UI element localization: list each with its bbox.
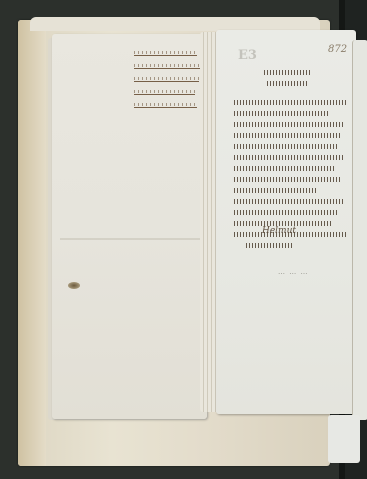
faint-note: … … … <box>278 268 308 276</box>
handwriting-line <box>134 88 195 95</box>
handwriting-line <box>234 100 346 105</box>
folder-top-edge <box>30 17 320 31</box>
folio-number: 872 <box>328 44 347 55</box>
margin-note <box>134 46 200 114</box>
far-right-page <box>352 40 367 420</box>
handwriting-line <box>234 111 328 116</box>
handwriting-line <box>134 62 200 69</box>
handwriting-line <box>234 210 338 215</box>
handwriting-line <box>234 199 343 204</box>
handwriting-line <box>234 188 317 193</box>
archive-stamp: E3 <box>238 48 257 63</box>
signature: Helmut <box>262 226 296 236</box>
handwriting-line <box>246 243 293 248</box>
handwriting-line <box>134 75 199 82</box>
paper-crease <box>60 238 200 240</box>
bottom-paper-tab <box>328 415 360 463</box>
handwriting-line <box>267 81 308 86</box>
handwriting-line <box>234 122 343 127</box>
handwriting-line <box>234 166 335 171</box>
ink-stain <box>68 282 80 289</box>
handwriting-line <box>234 177 340 182</box>
handwriting-line <box>234 144 338 149</box>
handwriting-line <box>264 70 311 75</box>
handwriting-line <box>134 49 197 56</box>
handwriting-line <box>134 101 197 108</box>
handwriting-line <box>234 155 345 160</box>
handwriting-line <box>234 133 340 138</box>
